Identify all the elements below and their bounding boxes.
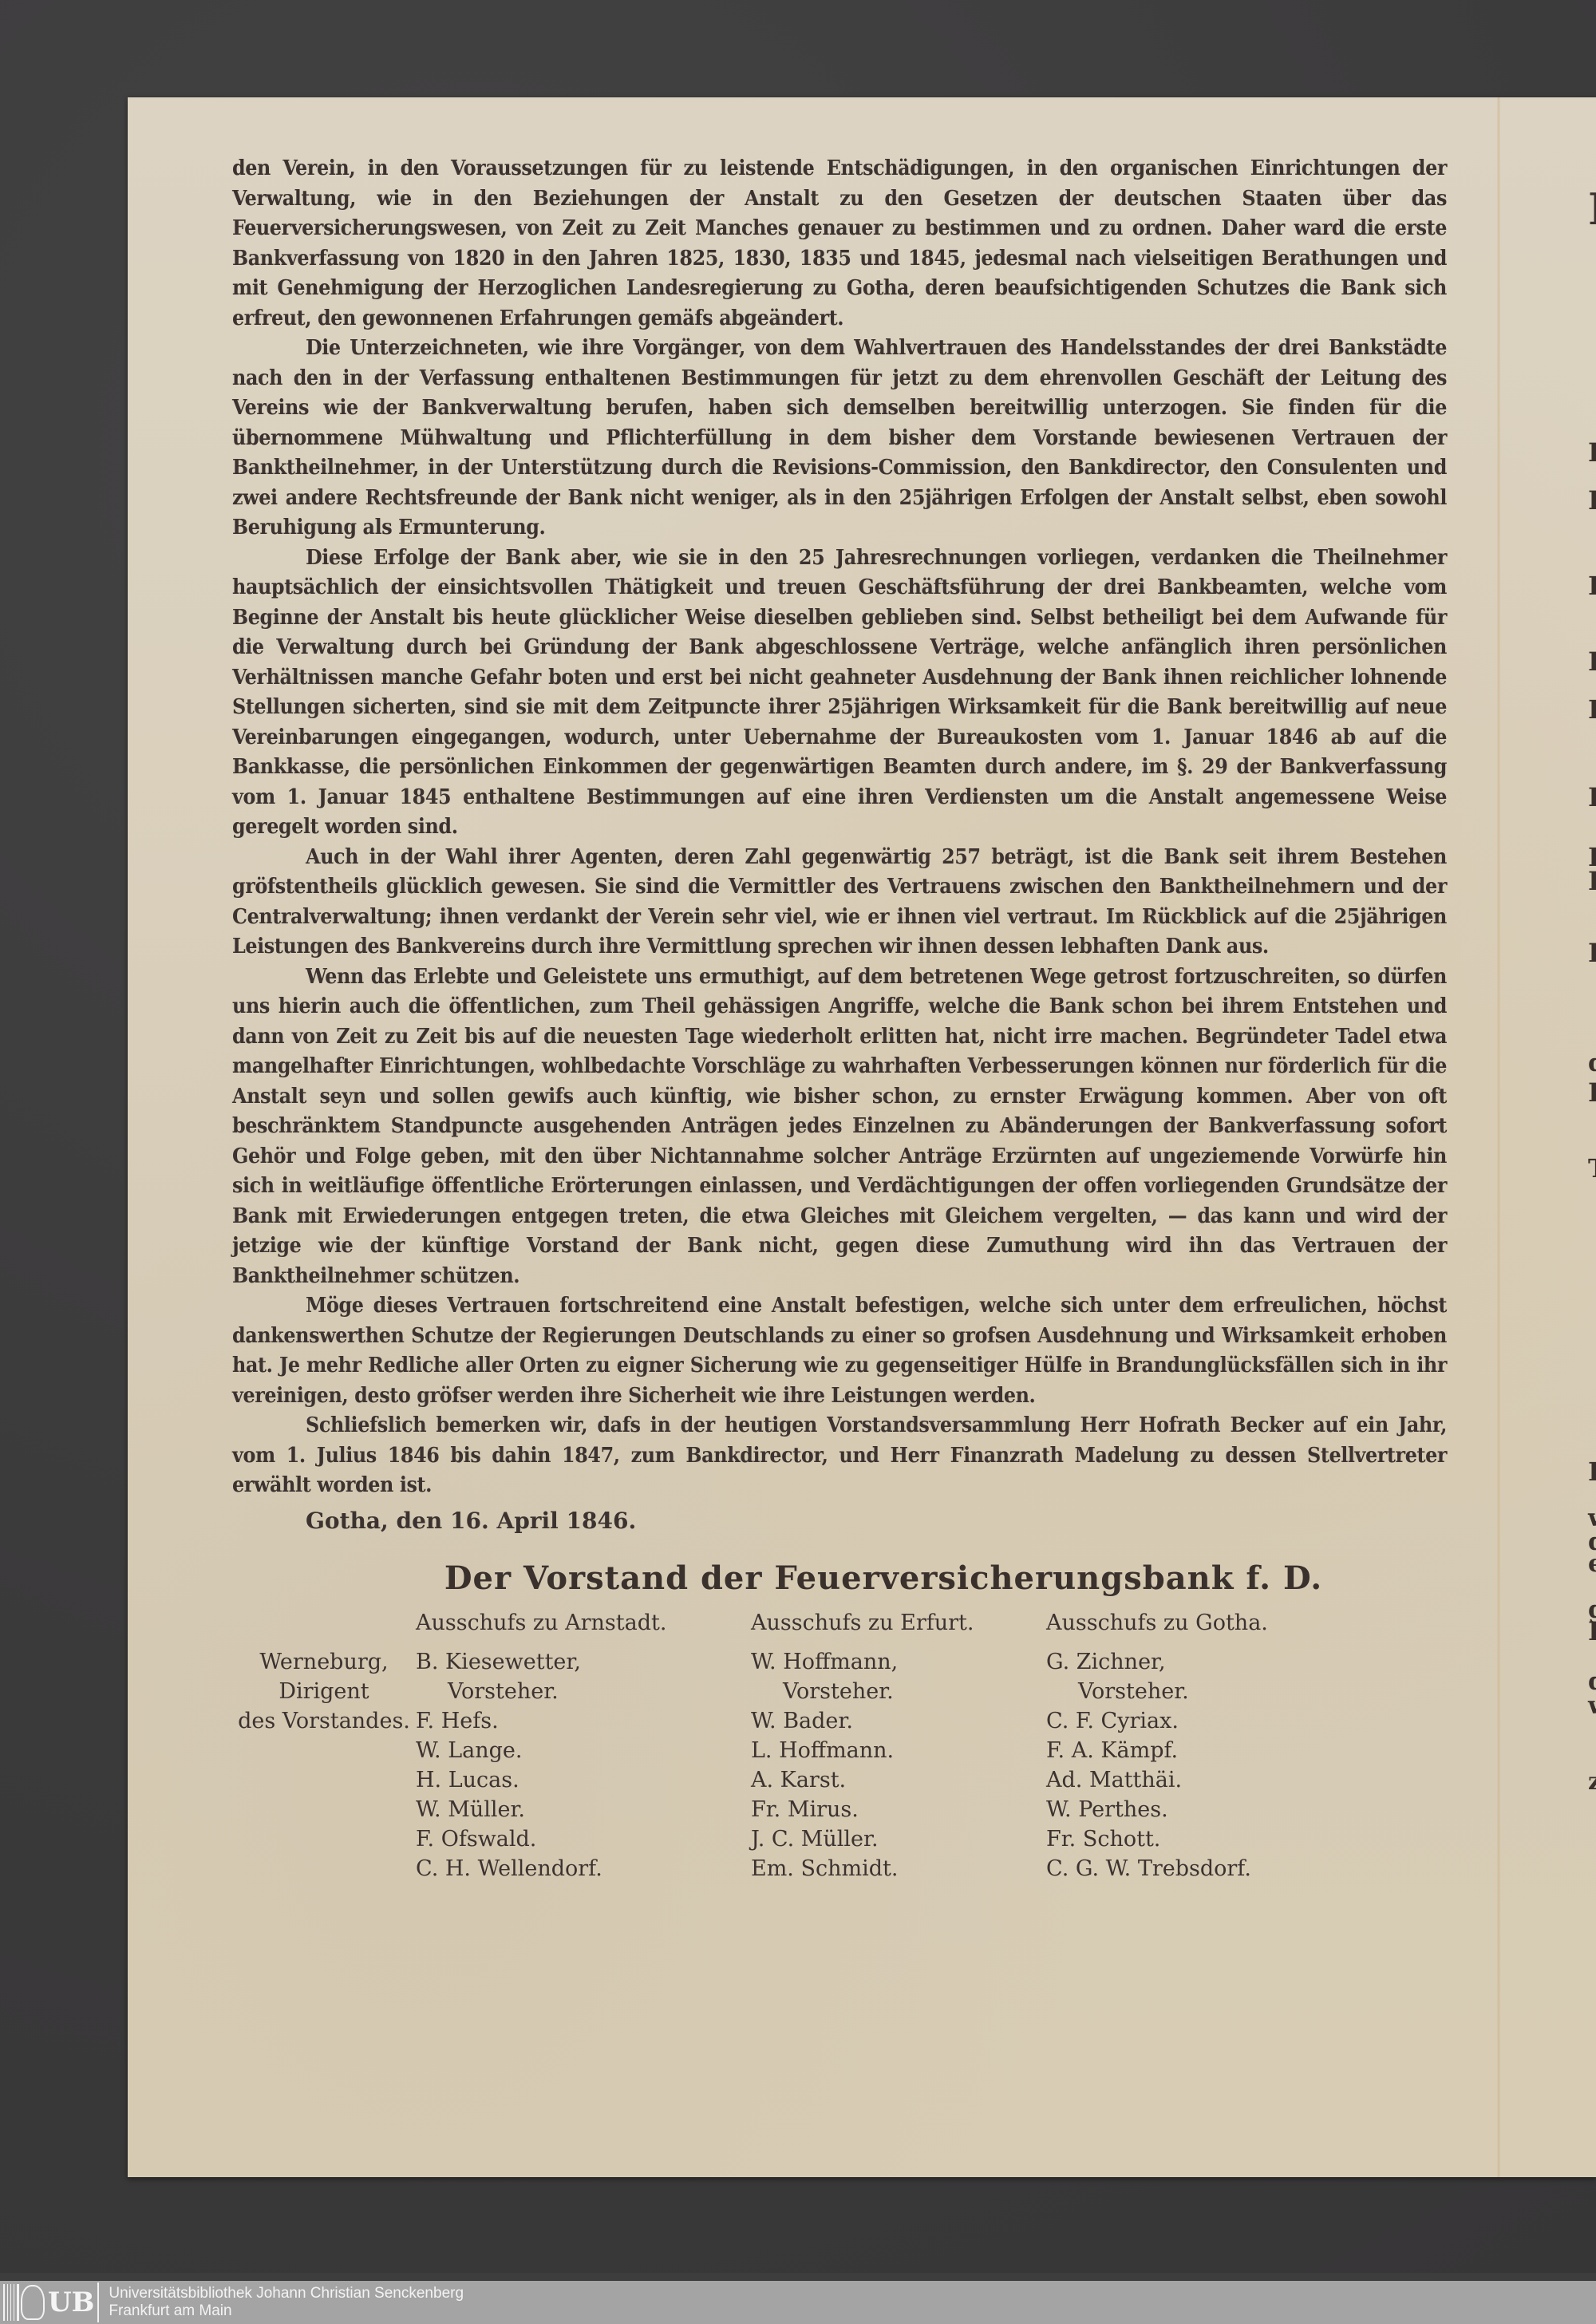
- committee-member: W. Perthes.: [1046, 1795, 1447, 1824]
- adjacent-page-fragment: F: [1588, 571, 1596, 601]
- ub-logo-text: UB: [48, 2286, 94, 2318]
- committee-member: Ad. Matthäi.: [1046, 1765, 1447, 1795]
- committee-member: W. Lange.: [416, 1736, 751, 1765]
- committee-member: L. Hoffmann.: [751, 1736, 1046, 1765]
- committee-heading: Ausschufs zu Erfurt.: [751, 1608, 1046, 1638]
- adjacent-page-edge: IDHFHFHEDDdDTEwdeeigiDdiwzu: [1500, 0, 1596, 2324]
- committee-heading: Ausschufs zu Gotha.: [1046, 1608, 1447, 1638]
- committee-member: J. C. Müller.: [751, 1824, 1046, 1854]
- portrait-icon: [21, 2285, 45, 2320]
- director-name: Werneburg,: [232, 1647, 416, 1677]
- committee-member: W. Bader.: [751, 1706, 1046, 1736]
- signatories: Werneburg, Dirigent des Vorstandes. Auss…: [232, 1608, 1447, 1883]
- adjacent-page-fragment: F: [1588, 694, 1596, 725]
- signature-title: Der Vorstand der Feuerversicherungsbank …: [232, 1559, 1447, 1597]
- paragraph-5: Wenn das Erlebte und Geleistete uns ermu…: [232, 962, 1447, 1291]
- committee-chair: G. Zichner,: [1046, 1647, 1447, 1677]
- committee-gotha: Ausschufs zu Gotha. G. Zichner, Vorstehe…: [1046, 1608, 1447, 1883]
- paragraph-6: Möge dieses Vertrauen fortschreitend ein…: [232, 1290, 1447, 1410]
- committee-member: Fr. Mirus.: [751, 1795, 1046, 1824]
- paragraph-7: Schliefslich bemerken wir, dafs in der h…: [232, 1410, 1447, 1500]
- committee-member: F. A. Kämpf.: [1046, 1736, 1447, 1765]
- committee-chair: B. Kiesewetter,: [416, 1647, 751, 1677]
- committee-member: C. G. W. Trebsdorf.: [1046, 1854, 1447, 1883]
- adjacent-page-fragment: H: [1588, 782, 1596, 812]
- committee-member: F. Ofswald.: [416, 1824, 751, 1854]
- document-page: den Verein, in den Voraussetzungen für z…: [128, 97, 1596, 2177]
- date-line: Gotha, den 16. April 1846.: [232, 1505, 1447, 1537]
- committee-erfurt: Ausschufs zu Erfurt. W. Hoffmann, Vorste…: [751, 1608, 1046, 1883]
- book-spines-icon: [3, 2284, 19, 2321]
- adjacent-page-fragment: E: [1588, 1456, 1596, 1487]
- adjacent-page-fragment: w: [1588, 1692, 1596, 1720]
- committee-chair-role: Vorsteher.: [751, 1677, 1046, 1706]
- adjacent-page-fragment: D: [1588, 1077, 1596, 1108]
- director-column: Werneburg, Dirigent des Vorstandes.: [232, 1608, 416, 1883]
- committee-member: W. Müller.: [416, 1795, 751, 1824]
- library-name-line-1: Universitätsbibliothek Johann Christian …: [109, 2285, 464, 2302]
- paragraph-1: den Verein, in den Voraussetzungen für z…: [232, 153, 1447, 333]
- adjacent-page-fragment: D: [1588, 1616, 1596, 1646]
- committee-arnstadt: Ausschufs zu Arnstadt. B. Kiesewetter, V…: [416, 1608, 751, 1883]
- director-role-2: des Vorstandes.: [232, 1706, 416, 1736]
- ub-logo: UB: [3, 2282, 99, 2322]
- paragraph-2: Die Unterzeichneten, wie ihre Vorgänger,…: [232, 333, 1447, 543]
- adjacent-page-fragment: D: [1588, 938, 1596, 968]
- committee-member: C. H. Wellendorf.: [416, 1854, 751, 1883]
- paragraph-3: Diese Erfolge der Bank aber, wie sie in …: [232, 543, 1447, 842]
- library-name: Universitätsbibliothek Johann Christian …: [109, 2285, 464, 2320]
- adjacent-page-fragment: zu: [1588, 1768, 1596, 1796]
- committee-chair-role: Vorsteher.: [1046, 1677, 1447, 1706]
- adjacent-page-fragment: d: [1588, 1049, 1596, 1077]
- committee-member: C. F. Cyriax.: [1046, 1706, 1447, 1736]
- adjacent-page-fragment: H: [1588, 485, 1596, 516]
- committee-chair: W. Hoffmann,: [751, 1647, 1046, 1677]
- paragraph-4: Auch in der Wahl ihrer Agenten, deren Za…: [232, 842, 1447, 962]
- adjacent-page-fragment: T: [1588, 1153, 1596, 1184]
- committee-member: F. Hefs.: [416, 1706, 751, 1736]
- committee-member: Em. Schmidt.: [751, 1854, 1046, 1883]
- committee-member: Fr. Schott.: [1046, 1824, 1447, 1854]
- adjacent-page-fragment: D: [1588, 437, 1596, 468]
- adjacent-page-fragment: I: [1588, 184, 1596, 235]
- committee-chair-role: Vorsteher.: [416, 1677, 751, 1706]
- committee-heading: Ausschufs zu Arnstadt.: [416, 1608, 751, 1638]
- library-footer-bar: UB Universitätsbibliothek Johann Christi…: [0, 2281, 1596, 2324]
- library-name-line-2: Frankfurt am Main: [109, 2302, 464, 2320]
- adjacent-page-fragment: D: [1588, 866, 1596, 896]
- document-body: den Verein, in den Voraussetzungen für z…: [232, 153, 1447, 1883]
- committee-member: H. Lucas.: [416, 1765, 751, 1795]
- adjacent-page-fragment: H: [1588, 646, 1596, 677]
- adjacent-page-fragment: ei: [1588, 1550, 1596, 1578]
- committee-member: A. Karst.: [751, 1765, 1046, 1795]
- director-role: Dirigent: [232, 1677, 416, 1706]
